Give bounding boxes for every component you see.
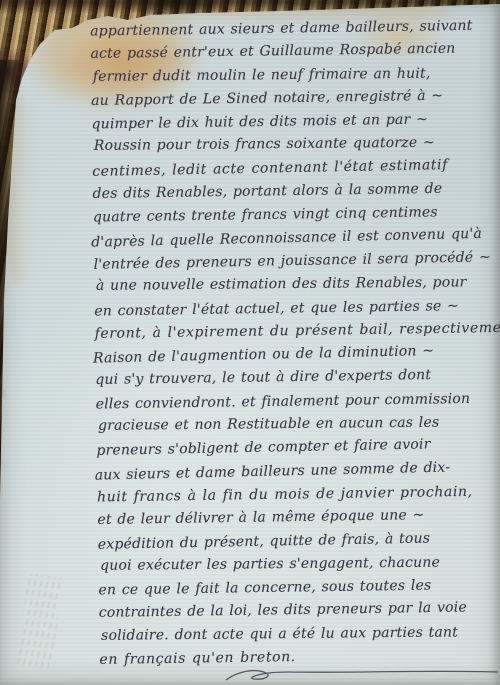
photo-of-manuscript: fermier dudit moulin le neuf frimaire an…: [0, 0, 500, 685]
manuscript-text: appartiennent aux sieurs et dame bailleu…: [90, 14, 500, 672]
paper-sheet: fermier dudit moulin le neuf frimaire an…: [0, 0, 500, 685]
manuscript-line: fermier dudit moulin le neuf frimaire an…: [93, 62, 499, 89]
faded-margin-note: [16, 573, 64, 669]
manuscript-line: solidaire. dont acte qui a été lu aux pa…: [101, 621, 500, 648]
signature-flourish: [180, 666, 500, 684]
